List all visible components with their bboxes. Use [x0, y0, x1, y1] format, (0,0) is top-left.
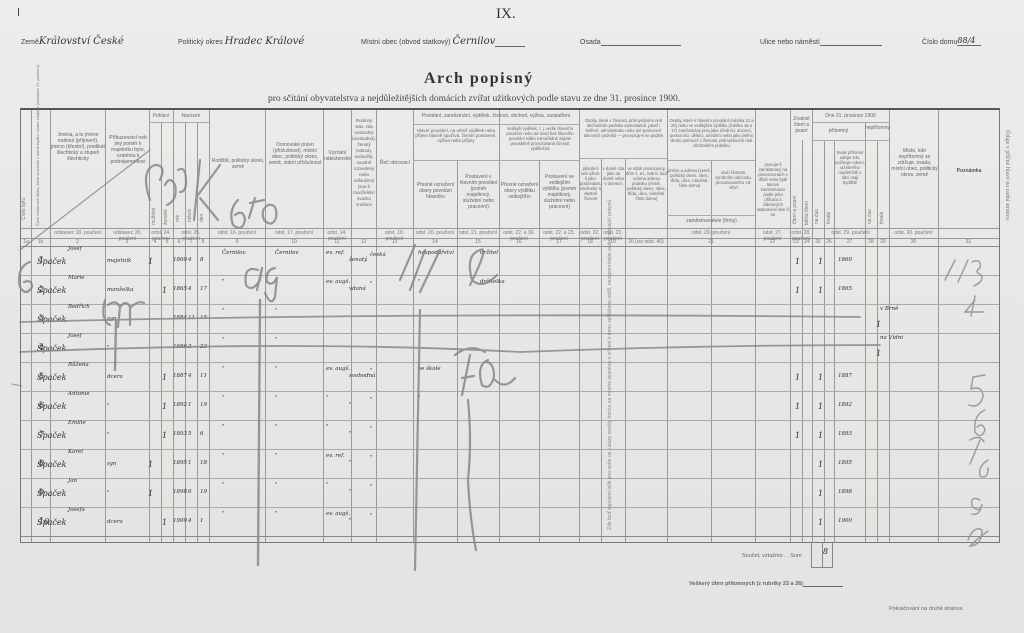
continue-label: Pokračování na druhé stránce. [889, 606, 964, 612]
celkem-label: Veškerý úhrn přítomných (z rubriky 23 a … [689, 580, 843, 587]
soucet-box: 8 [811, 543, 833, 568]
right-margin-note: Údaje v příčné hlavě na zadní stránce. [1004, 130, 1010, 221]
soucet-value: 8 [823, 547, 828, 556]
pencil-annotations [0, 0, 1024, 633]
celkem-underline [803, 580, 843, 587]
soucet-label: Součet, vztažmo . . Sum [742, 553, 802, 559]
census-sheet: IX. ZeměKrálovství České Politický okres… [0, 0, 1024, 633]
